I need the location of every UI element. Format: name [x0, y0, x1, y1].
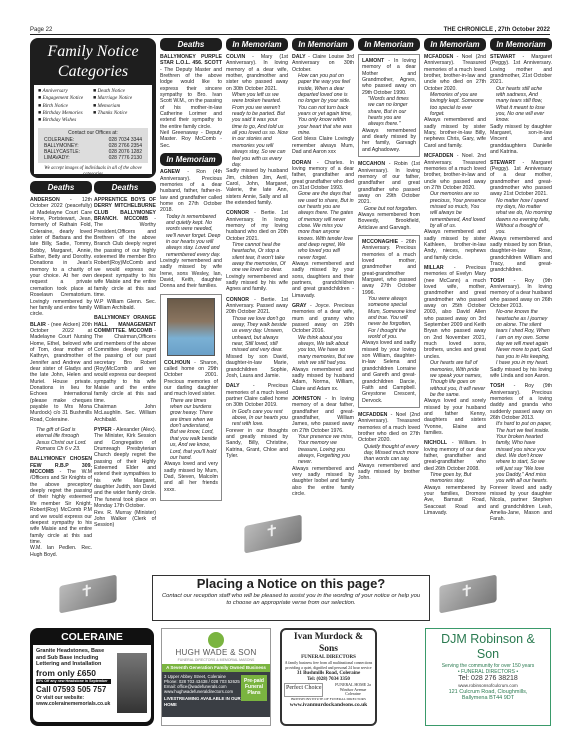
notice: BLAIR - (nee Aicken) 20th October 2022 a…	[30, 322, 92, 424]
memoriam-column-6: In MemoriamLAMONT - In loving memory of …	[358, 38, 420, 486]
notice: CONNOR - Bertie. 1st Anniversary. Passed…	[226, 297, 288, 379]
notice: ANDERSON - 12th October 2022 (peacefully…	[30, 197, 92, 318]
verse: Time cannot heal the heartache, Or stop …	[226, 242, 288, 274]
notice: NICHOLL - William. In loving memory of o…	[424, 440, 486, 516]
deaths-column-2: DeathsAPPRENTICE BOYS OF DERRY MITCHELBU…	[94, 181, 156, 533]
notice: STEWART - Margaret (Peggy). 1st Annivers…	[490, 160, 552, 274]
notice-signoff: Always remembered and sadly missed by si…	[424, 117, 486, 149]
deceased-name: DALY	[226, 383, 253, 389]
deceased-name: STEWART	[490, 54, 522, 60]
verse: Our hearts still ache with sadness, And …	[490, 86, 552, 124]
notice: AGNEW - Ron (4th Anniversary). Precious …	[160, 169, 222, 290]
section-header: In Memoriam	[160, 153, 222, 166]
notice: JOHNSTON - In loving memory of a dear fa…	[292, 396, 354, 498]
notice: TOSH - Roy (9th Anniversary). In loving …	[490, 278, 552, 380]
verse: There are times when our burdens grow he…	[164, 398, 218, 461]
verse: When you left us we were broken hearted.…	[226, 92, 288, 168]
notice-signoff: Forever in our thoughts and greatly miss…	[226, 428, 288, 460]
notice: STEWART - Margaret (Peggy). 1st Annivers…	[490, 54, 552, 156]
notice-signature: Chairman John McLaughlin. Sec. William A…	[94, 404, 156, 423]
verse: You were always someone special Mum, Som…	[362, 296, 416, 340]
notice-signoff: Always remembered and dearly missed by h…	[362, 128, 416, 153]
notice-signoff: Always remembered and sadly missed by hu…	[292, 367, 354, 392]
notice-signoff: Missed by son David, daughter-in-law Mar…	[226, 354, 288, 379]
section-header: In Memoriam	[226, 38, 288, 51]
notice: APPRENTICE BOYS OF DERRY MITCHELBURNE CL…	[94, 197, 156, 311]
hw-logo-icon	[208, 632, 224, 648]
notice: BALLYMONEY ORANGE HALL MANAGEMENT COMMIT…	[94, 315, 156, 423]
deceased-name: TOSH	[490, 278, 514, 284]
notice: TOSH - Roy (9th Anniversary). Precious m…	[490, 383, 552, 523]
notice-signoff: God bless Claire Lovingly remember alway…	[292, 136, 354, 155]
deceased-name: MILLAR	[424, 265, 454, 271]
verse: The gift of God is eternal life through …	[30, 427, 92, 446]
deceased-name: STEWART	[490, 160, 522, 166]
notice: MCCONAGHIE - 26th Anniversary. Precious …	[358, 235, 420, 408]
section-header: Deaths	[30, 181, 92, 194]
notice: CONNOR - Bertie. 1st Anniversary. In lov…	[226, 210, 288, 292]
notice-signoff: Sadly missed by his loving wife Linda an…	[490, 367, 552, 380]
deceased-name: BALLYMONEY CHOSEN FEW R.B.P 309. MCCOMB	[30, 456, 92, 475]
office-contacts: Contact our Offices at: COLERAINE:028 70…	[38, 128, 148, 163]
deceased-name: BALLYMONEY ORANGE HALL MANAGEMENT COMMIT…	[94, 315, 156, 334]
notice-signature: Neil Greenaway - Deputy Master. Roy McCo…	[160, 130, 222, 149]
colhoun-photo-notice: COLHOUN - Sharon, called home on 29th Oc…	[160, 294, 222, 501]
notice-signoff: Always remembered and sadly missed by yo…	[292, 261, 354, 299]
verse: We think about you always, We talk about…	[292, 335, 354, 367]
notice: MCCAHON - Robin (1st Anniversary). In lo…	[358, 161, 420, 231]
verse: Our memories are so precious, Your prese…	[424, 191, 486, 229]
notice: MCFADDEN - Noel (2nd Anniversary). Treas…	[424, 54, 486, 149]
placing-body: Contact our reception staff who will be …	[153, 592, 429, 608]
category-item: Marriage Notice	[93, 95, 148, 101]
category-item: Engagement Notice	[38, 95, 93, 101]
categories-title: Family NoticeCategories	[34, 42, 152, 82]
verse: Those we love don't go away, They walk b…	[226, 316, 288, 354]
notice: PYPER - Alexander (Alex). The Minister, …	[94, 427, 156, 529]
deceased-name: ANDERSON	[30, 197, 70, 203]
section-header: Deaths	[160, 38, 222, 51]
verse: In God's care you rest above, In our hea…	[226, 409, 288, 428]
verse: How can you put on paper the way you fee…	[292, 73, 354, 136]
deceased-name: MCCAHON	[358, 161, 389, 167]
verse: Your presence we miss, Your memory we tr…	[292, 434, 354, 466]
memoriam-column-7: In MemoriamMCFADDEN - Noel (2nd Annivers…	[424, 38, 486, 520]
deceased-name: MCFADDEN	[424, 54, 457, 60]
deceased-name: CONNOR	[226, 297, 254, 303]
deceased-name: CONNOR	[226, 210, 254, 216]
section-header: In Memoriam	[424, 38, 486, 51]
notice: DORAN - Charles. In loving memory of a d…	[292, 160, 354, 300]
deceased-name: MCFADDEN	[358, 412, 391, 418]
notice-signoff: Always remembered and sadly missed by so…	[490, 236, 552, 274]
section-header: In Memoriam	[490, 38, 552, 51]
deceased-name: JOHNSTON	[292, 396, 325, 402]
section-header: Deaths	[94, 181, 156, 194]
category-item: Birth Notice	[38, 103, 93, 109]
deceased-name: COLVIN	[226, 54, 252, 60]
deceased-name: BLAIR	[30, 322, 48, 328]
deceased-name: TOSH	[490, 383, 514, 389]
placing-notice-box: Placing a Notice on this page? Contact o…	[152, 575, 430, 621]
section-header: In Memoriam	[358, 38, 420, 51]
djm-robinson-ad[interactable]: DJM Robinson & Son Serving the community…	[425, 628, 551, 726]
category-item: Memoriam	[93, 103, 148, 109]
notice: COLHOUN - Sharon, called home on 29th Oc…	[164, 360, 218, 493]
deceased-name: GRAY	[292, 303, 310, 309]
notice: BALLYMONEY CHOSEN FEW R.B.P 309. MCCOMB …	[30, 456, 92, 558]
category-item: Birthday Wishes	[38, 117, 93, 123]
deceased-name: APPRENTICE BOYS OF DERRY MITCHELBURNE CL…	[94, 197, 156, 222]
notice-signature: W.M. Ian Pedlen. Rec. Hugh Boyd.	[30, 545, 92, 558]
notice-signature: Rev. R. Murray (Minister) John Walker (C…	[94, 510, 156, 529]
notice-signoff: Always loved and sorely missed by your h…	[424, 398, 486, 436]
deceased-name: AGNEW	[160, 169, 187, 175]
portrait-photo	[167, 298, 215, 356]
notice: LAMONT - In loving memory of a dear Moth…	[358, 54, 420, 157]
column-3: DeathsBALLYMONEY PURPLE STAR L.O.L. 456.…	[160, 38, 222, 501]
notice-signoff: Lovingly remembered and sadly missed by …	[160, 258, 222, 290]
notice-signoff: Sadly missed by daughter Margaret, son-i…	[490, 124, 552, 156]
deceased-name: MCFADDEN	[424, 153, 457, 159]
notice-signoff: Always remembered from Boveedy, Brookfie…	[358, 212, 420, 231]
verse-ref: Romans Ch 6 v 23.	[30, 446, 92, 452]
verse: Gone are the days that we used to share,…	[292, 191, 354, 261]
verse: Memories of you are lovingly kept. Someo…	[424, 92, 486, 117]
notice-signoff: Lovingly remembered and sadly missed by …	[226, 274, 288, 293]
verse: Today is remembered and quietly kept. No…	[160, 214, 222, 258]
memoriam-column-5: In MemoriamDALY - Claire Louise 3rd Anni…	[292, 38, 354, 501]
notice-signoff: Always remembered and sadly missed by br…	[358, 463, 420, 482]
deceased-name: BALLYMONEY PURPLE STAR L.O.L. 456. SCOTT	[160, 54, 222, 66]
notice-signoff: Always remembered and sadly missed by si…	[424, 229, 486, 261]
category-item: Thanks Notice	[93, 110, 148, 116]
notice: DALY - Claire Louise 3rd Anniversary on …	[292, 54, 354, 156]
deceased-name: NICHOLL	[424, 440, 452, 446]
deaths-column-1: DeathsANDERSON - 12th October 2022 (peac…	[30, 181, 92, 562]
verse: "Words and times we can no longer share,…	[362, 96, 416, 128]
family-notice-categories: Family NoticeCategories Anniversary Deat…	[30, 38, 156, 178]
verse: Time goes by, But memories stay.	[424, 472, 486, 485]
ivan-murdock-ad[interactable]: Ivan Murdock & Sons FUNERAL DIRECTORS A …	[280, 628, 377, 726]
bible-icon	[439, 574, 496, 613]
notice-signoff: Always remembered and very sadly missed …	[292, 466, 354, 498]
deceased-name: PYPER	[94, 427, 113, 433]
hugh-wade-ad[interactable]: HUGH WADE & SON FUNERAL DIRECTORS & MEMO…	[161, 628, 271, 726]
bible-icon	[244, 514, 301, 553]
category-item: Anniversary	[38, 88, 93, 94]
headstone-image	[117, 653, 147, 713]
verse: Quietly thought of every day, Missed muc…	[358, 444, 420, 463]
section-header: In Memoriam	[292, 38, 354, 51]
category-list: Anniversary Death Notice Engagement Noti…	[38, 88, 148, 124]
verse: No matter how I spend my days, No matter…	[490, 198, 552, 236]
phone-number: Tel: 028 276 38218	[429, 675, 547, 684]
verse: Gone but not forgotten.	[358, 206, 420, 212]
notice: DALY - Precious memories of a much loved…	[226, 383, 288, 459]
notice: MCFADDEN - Noel (2nd Anniversary). Treas…	[358, 412, 420, 482]
deceased-name: MCCONAGHIE	[362, 239, 401, 245]
deceased-name: COLHOUN	[164, 360, 194, 366]
notice: MCFADDEN - Noel. 2nd Anniversary. Treasu…	[424, 153, 486, 261]
verse: Our hearts are full of memories, With pr…	[424, 360, 486, 398]
notice-signoff: Sadly missed by husband Jim, children Ji…	[226, 168, 288, 206]
notice-signature: W.P William Glenn. Sec. William Archibal…	[94, 299, 156, 312]
deceased-name: DORAN	[292, 160, 317, 166]
notice: MILLAR - Precious memories of Evelyn Mar…	[424, 265, 486, 436]
notice-signoff: Forever loved and sadly missed by your d…	[490, 485, 552, 523]
verse: No-one knows the heartache as I journey …	[490, 309, 552, 366]
notice-signoff: Always loved and sadly missed by your lo…	[362, 340, 416, 403]
notice: The gift of God is eternal life through …	[30, 427, 92, 452]
page-number: Page 22	[30, 27, 52, 34]
category-item: Birthday Memories	[38, 110, 93, 116]
notice: BALLYMONEY PURPLE STAR L.O.L. 456. SCOTT…	[160, 54, 222, 149]
notice-signoff: Always loved and very sadly missed by Mu…	[164, 461, 218, 493]
page-header: Page 22 THE CHRONICLE , 27th October 202…	[30, 27, 550, 35]
deceased-name: DALY	[292, 54, 308, 60]
memoriam-column-4: In MemoriamCOLVIN - Mary (1st Anniversar…	[226, 38, 288, 463]
verse: It's hard to put on paper, The hurt we f…	[490, 421, 552, 484]
placing-title: Placing a Notice on this page?	[153, 576, 429, 592]
notice: COLVIN - Mary (1st Anniversary). In lovi…	[226, 54, 288, 206]
notice: GRAY - Joyce. Precious memories of a dea…	[292, 303, 354, 392]
memoriam-column-8: In MemoriamSTEWART - Margaret (Peggy). 1…	[490, 38, 552, 527]
bible-icon	[59, 574, 116, 613]
publication-date: THE CHRONICLE , 27th October 2022	[444, 27, 550, 34]
notice-signoff: Always remembered by your families, Drom…	[424, 485, 486, 517]
category-item: Death Notice	[93, 88, 148, 94]
coleraine-memorials-ad[interactable]: COLERAINE MEMORIALS Granite Headstones, …	[30, 628, 154, 726]
deceased-name: LAMONT	[362, 58, 388, 64]
